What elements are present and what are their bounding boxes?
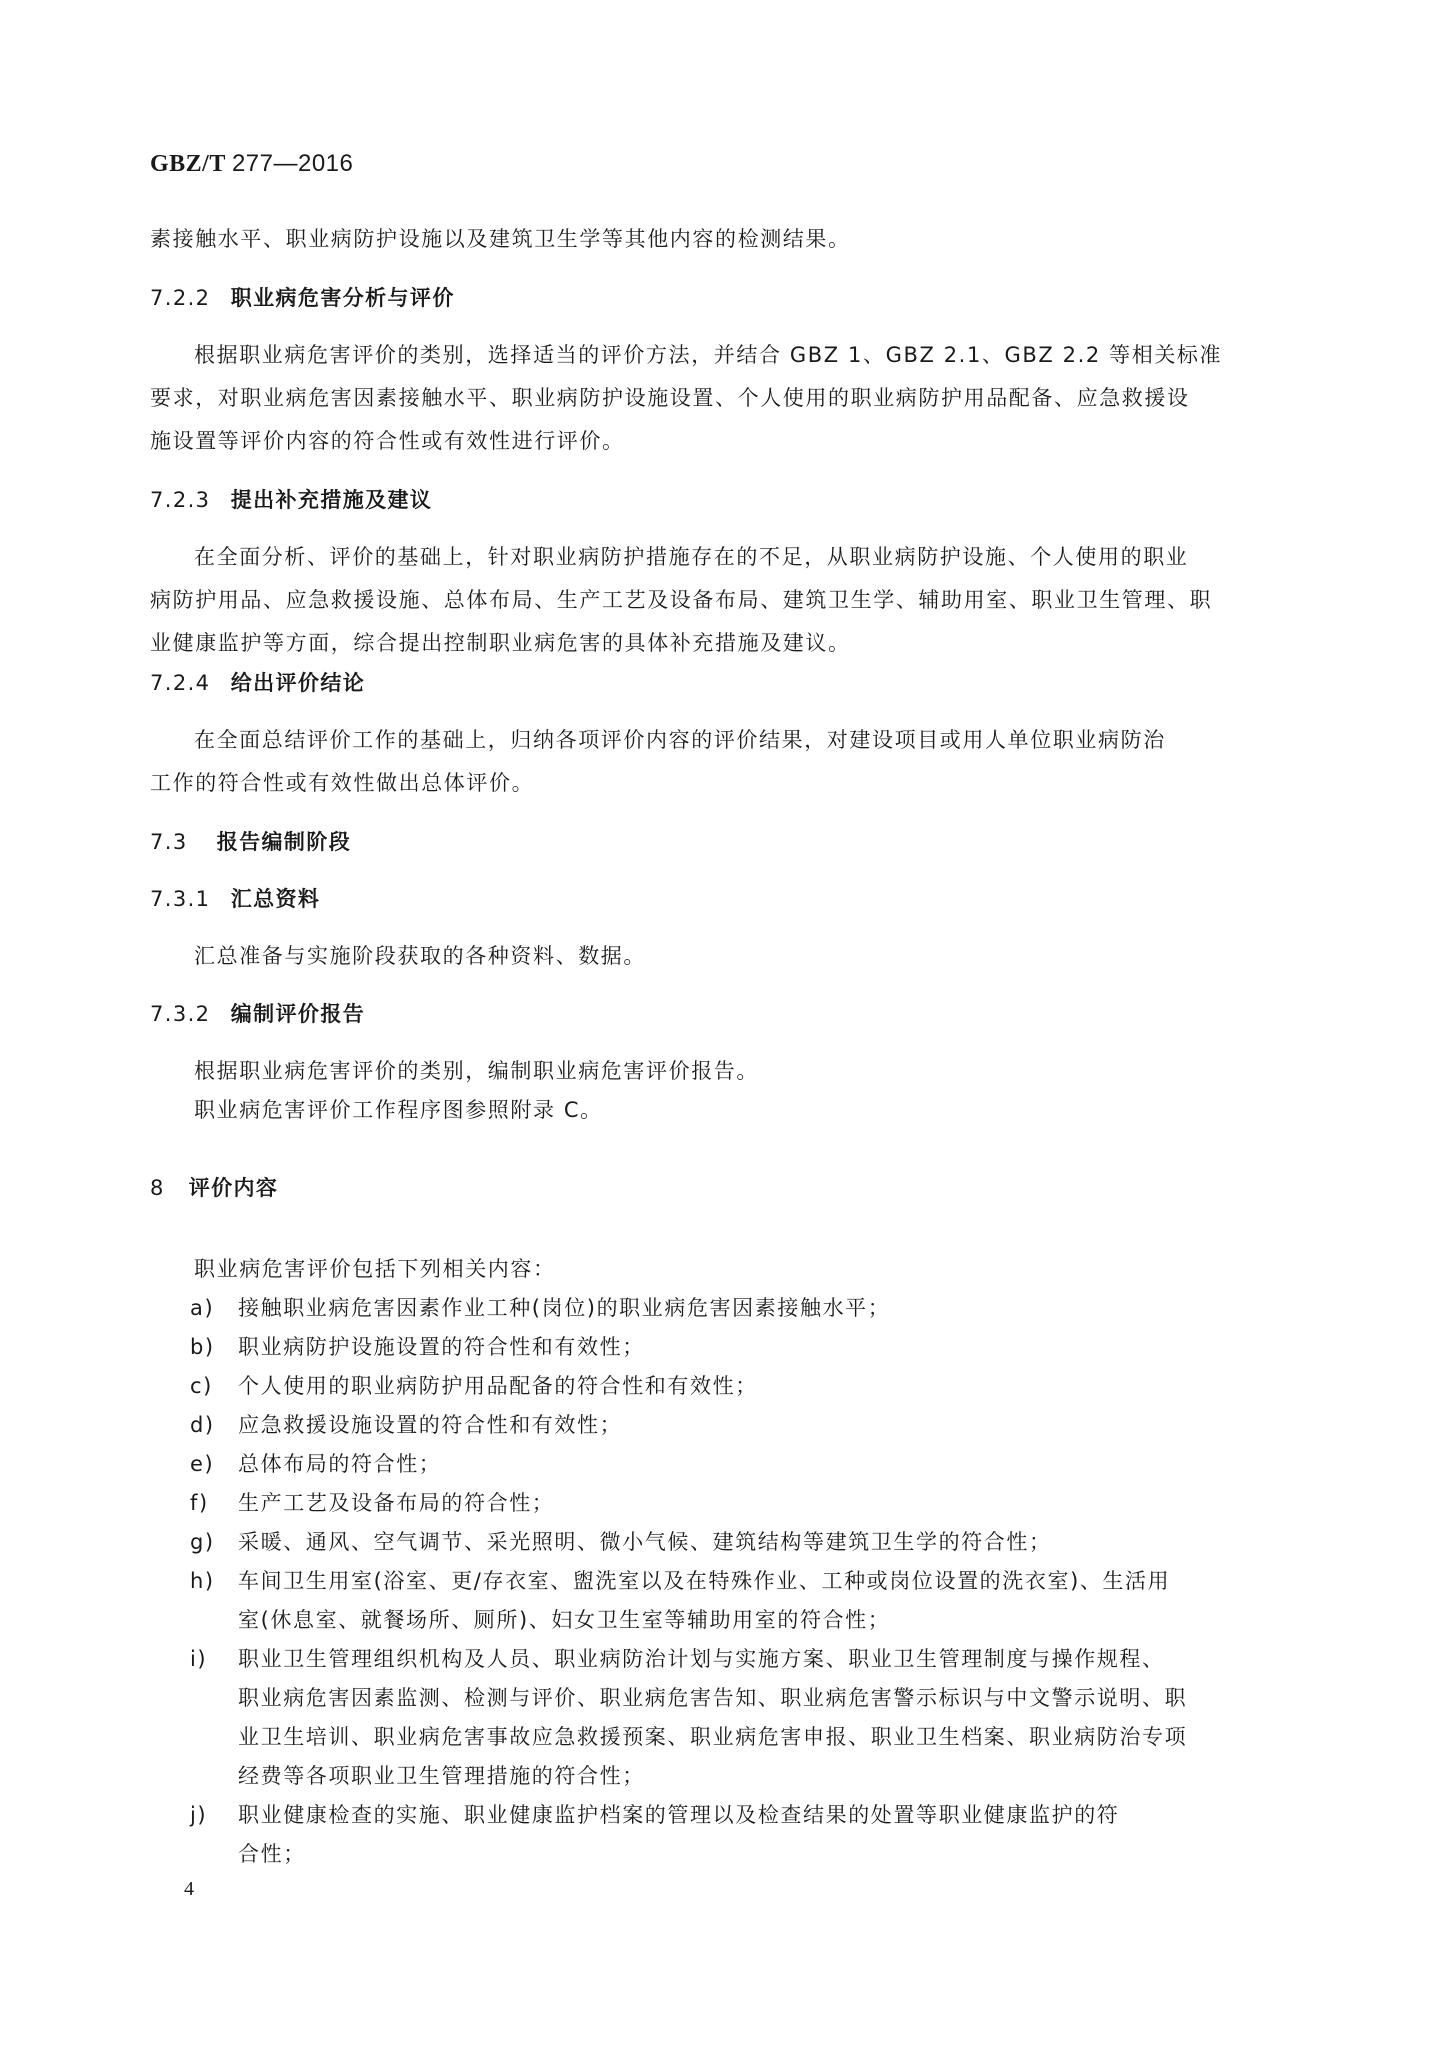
list-item-b: b)职业病防护设施设置的符合性和有效性； — [190, 1331, 645, 1361]
list-text: 应急救援设施设置的符合性和有效性； — [238, 1413, 622, 1437]
paragraph-line: 在全面总结评价工作的基础上，归纳各项评价内容的评价结果，对建设项目或用人单位职业… — [194, 724, 1166, 754]
list-text: 个人使用的职业病防护用品配备的符合性和有效性； — [238, 1374, 758, 1398]
list-text: 职业卫生管理组织机构及人员、职业病防治计划与实施方案、职业卫生管理制度与操作规程… — [238, 1647, 1165, 1671]
list-item-d: d)应急救援设施设置的符合性和有效性； — [190, 1409, 622, 1439]
list-text: 总体布局的符合性； — [238, 1452, 441, 1476]
list-text: 职业健康检查的实施、职业健康监护档案的管理以及检查结果的处置等职业健康监护的符 — [238, 1803, 1119, 1827]
section-title: 评价内容 — [189, 1176, 279, 1200]
list-item-f: f)生产工艺及设备布局的符合性； — [190, 1487, 554, 1517]
list-item-h: h)车间卫生用室(浴室、更/存衣室、盥洗室以及在特殊作业、工种或岗位设置的洗衣室… — [190, 1565, 1170, 1595]
section-title: 提出补充措施及建议 — [231, 488, 433, 512]
section-title: 编制评价报告 — [231, 1002, 365, 1026]
standard-number: 277—2016 — [232, 150, 353, 177]
list-label: h) — [190, 1569, 238, 1593]
section-heading-7-2-4: 7.2.4 给出评价结论 — [150, 667, 365, 697]
list-text: 车间卫生用室(浴室、更/存衣室、盥洗室以及在特殊作业、工种或岗位设置的洗衣室)、… — [238, 1569, 1170, 1593]
list-label: g) — [190, 1530, 238, 1554]
list-label: a) — [190, 1296, 238, 1320]
paragraph-line: 汇总准备与实施阶段获取的各种资料、数据。 — [194, 940, 646, 970]
section-number: 7.2.3 — [150, 488, 222, 512]
list-text: 采暖、通风、空气调节、采光照明、微小气候、建筑结构等建筑卫生学的符合性； — [238, 1530, 1052, 1554]
list-text-continuation: 业卫生培训、职业病危害事故应急救援预案、职业病危害申报、职业卫生档案、职业病防治… — [238, 1721, 1187, 1751]
paragraph-line: 在全面分析、评价的基础上，针对职业病防护措施存在的不足，从职业病防护设施、个人使… — [194, 541, 1188, 571]
section-heading-7-2-3: 7.2.3 提出补充措施及建议 — [150, 484, 432, 514]
section-title: 汇总资料 — [231, 887, 321, 911]
list-label: i) — [190, 1647, 238, 1671]
list-label: j) — [190, 1803, 238, 1827]
standard-code: GBZ/T — [150, 151, 225, 177]
paragraph-line: 工作的符合性或有效性做出总体评价。 — [150, 767, 534, 797]
list-text: 接触职业病危害因素作业工种(岗位)的职业病危害因素接触水平； — [238, 1296, 890, 1320]
section-number: 7.3 — [150, 830, 208, 854]
list-label: e) — [190, 1452, 238, 1476]
paragraph-line: 根据职业病危害评价的类别，编制职业病危害评价报告。 — [194, 1055, 759, 1085]
paragraph-line: 职业病危害评价包括下列相关内容： — [194, 1253, 556, 1283]
list-item-c: c)个人使用的职业病防护用品配备的符合性和有效性； — [190, 1370, 758, 1400]
list-text: 职业病防护设施设置的符合性和有效性； — [238, 1335, 645, 1359]
section-title: 给出评价结论 — [231, 671, 365, 695]
document-page: GBZ/T 277—2016 素接触水平、职业病防护设施以及建筑卫生学等其他内容… — [0, 0, 1447, 2048]
section-heading-8: 8 评价内容 — [150, 1172, 278, 1202]
section-heading-7-2-2: 7.2.2 职业病危害分析与评价 — [150, 282, 455, 312]
paragraph-line: 要求，对职业病危害因素接触水平、职业病防护设施设置、个人使用的职业病防护用品配备… — [150, 382, 1190, 412]
section-number: 7.2.4 — [150, 671, 222, 695]
section-number: 7.3.1 — [150, 887, 222, 911]
section-heading-7-3: 7.3 报告编制阶段 — [150, 826, 351, 856]
paragraph-line: 素接触水平、职业病防护设施以及建筑卫生学等其他内容的检测结果。 — [150, 223, 851, 253]
list-text-continuation: 合性； — [238, 1838, 306, 1868]
paragraph-line: 职业病危害评价工作程序图参照附录 C。 — [194, 1094, 603, 1124]
list-text-continuation: 经费等各项职业卫生管理措施的符合性； — [238, 1760, 645, 1790]
list-item-g: g)采暖、通风、空气调节、采光照明、微小气候、建筑结构等建筑卫生学的符合性； — [190, 1526, 1052, 1556]
list-item-a: a)接触职业病危害因素作业工种(岗位)的职业病危害因素接触水平； — [190, 1292, 890, 1322]
list-text-continuation: 职业病危害因素监测、检测与评价、职业病危害告知、职业病危害警示标识与中文警示说明… — [238, 1682, 1187, 1712]
paragraph-line: 施设置等评价内容的符合性或有效性进行评价。 — [150, 425, 625, 455]
list-item-j: j)职业健康检查的实施、职业健康监护档案的管理以及检查结果的处置等职业健康监护的… — [190, 1799, 1119, 1829]
list-label: f) — [190, 1491, 238, 1515]
list-label: d) — [190, 1413, 238, 1437]
list-text: 生产工艺及设备布局的符合性； — [238, 1491, 554, 1515]
list-label: c) — [190, 1374, 238, 1398]
list-item-i: i)职业卫生管理组织机构及人员、职业病防治计划与实施方案、职业卫生管理制度与操作… — [190, 1643, 1165, 1673]
section-heading-7-3-1: 7.3.1 汇总资料 — [150, 883, 320, 913]
list-item-e: e)总体布局的符合性； — [190, 1448, 441, 1478]
paragraph-line: 病防护用品、应急救援设施、总体布局、生产工艺及设备布局、建筑卫生学、辅助用室、职… — [150, 584, 1212, 614]
list-label: b) — [190, 1335, 238, 1359]
section-title: 职业病危害分析与评价 — [231, 286, 455, 310]
page-number: 4 — [184, 1878, 194, 1901]
section-heading-7-3-2: 7.3.2 编制评价报告 — [150, 998, 365, 1028]
section-number: 7.3.2 — [150, 1002, 222, 1026]
paragraph-line: 业健康监护等方面，综合提出控制职业病危害的具体补充措施及建议。 — [150, 627, 851, 657]
section-title: 报告编制阶段 — [217, 830, 351, 854]
standard-code-header: GBZ/T 277—2016 — [150, 150, 353, 178]
list-text-continuation: 室(休息室、就餐场所、厕所)、妇女卫生室等辅助用室的符合性； — [238, 1604, 890, 1634]
section-number: 7.2.2 — [150, 286, 222, 310]
section-number: 8 — [150, 1176, 180, 1200]
paragraph-line: 根据职业病危害评价的类别，选择适当的评价方法，并结合 GBZ 1、GBZ 2.1… — [194, 339, 1222, 369]
